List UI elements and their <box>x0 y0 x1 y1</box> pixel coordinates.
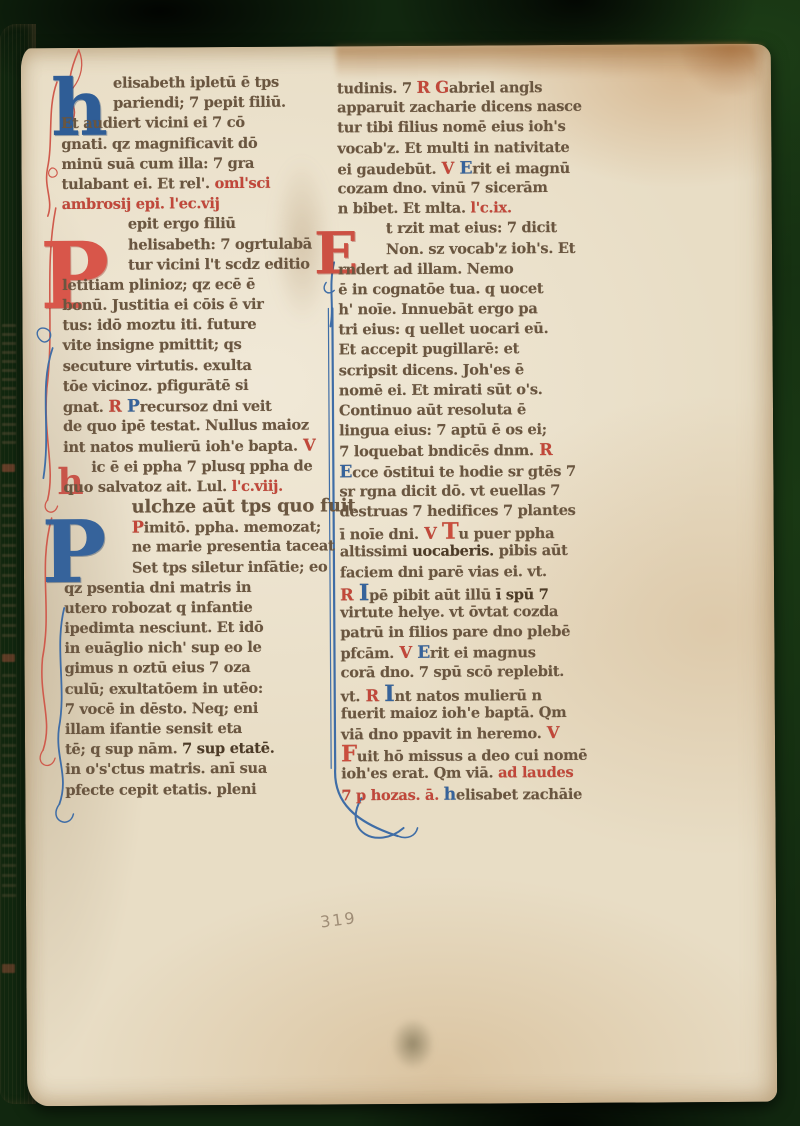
text-segment: abriel angls <box>449 79 542 97</box>
text-line: epit ergo filiū <box>62 214 342 236</box>
text-segment: faciem dni parē vias ei. vt. <box>340 563 547 581</box>
text-segment: V <box>298 436 316 455</box>
text-line: gimus n oztū eius 7 oza <box>65 658 345 680</box>
text-segment: tulabant ei. Et rel'. <box>62 175 210 193</box>
text-segment: elisabeth ipletū ē tps <box>113 74 279 92</box>
text-line: bonū. Justitia ei cōis ē vir <box>62 294 342 316</box>
text-segment: cce ōstitui te hodie sr gtēs 7 <box>352 462 576 480</box>
text-segment: culū; exultatōem in utēo: <box>65 679 263 697</box>
text-segment: E <box>417 643 430 663</box>
text-segment: Non. sz vocab'z ioh's. Et <box>386 239 575 257</box>
text-line: tri eius: q uellet uocari eū. <box>338 319 624 341</box>
text-line: altissimi uocaberis. pibis aūt <box>340 541 626 563</box>
text-line: fuerit maioz ioh'e baptā. Qm <box>341 702 627 724</box>
facing-page-text-fragment <box>2 674 16 904</box>
text-segment: epit ergo filiū <box>128 215 236 233</box>
text-segment: elisabet zachāie <box>456 785 582 803</box>
text-line: viā dno ppavit in heremo. V <box>341 723 627 745</box>
text-segment: l'c.viij. <box>227 477 283 494</box>
text-segment: R <box>360 686 384 705</box>
bottom-stain <box>391 1018 435 1070</box>
text-segment: u puer ppha <box>458 525 554 543</box>
text-segment: ne marie presentia taceat <box>132 538 335 556</box>
text-segment: rit ei magnus <box>430 644 536 662</box>
text-line: ic ē ei ppha 7 plusq ppha de <box>63 456 343 478</box>
text-line: faciem dni parē vias ei. vt. <box>340 561 626 583</box>
text-line: Ecce ōstitui te hodie sr gtēs 7 <box>339 460 625 482</box>
text-segment: corā dno. 7 spū scō replebit. <box>341 663 565 681</box>
text-line: Set tps siletur infātie; eo <box>64 557 344 579</box>
text-segment: pibis aūt <box>494 542 568 559</box>
text-segment: 7 p hozas. ā. <box>341 786 444 804</box>
text-segment: Set tps siletur infātie; eo <box>132 558 328 576</box>
text-segment: R <box>340 585 359 604</box>
text-segment: ic ē ei ppha 7 plusq ppha de <box>91 457 312 475</box>
text-line: pfcām. V Erit ei magnus <box>340 642 626 664</box>
text-segment: R <box>534 440 553 459</box>
text-segment: pfcām. <box>340 645 394 662</box>
text-line: tē; q sup nām. 7 sup etatē. <box>65 739 345 761</box>
text-segment: uocaberis. <box>412 543 494 560</box>
text-segment: helisabeth: 7 ogrtulabā <box>128 235 312 253</box>
text-segment: l'c.ix. <box>466 199 512 216</box>
text-line: gnat. R Precursoz dni veit <box>63 395 343 417</box>
text-line: qz psentia dni matris in <box>64 577 344 599</box>
text-line: 7 vocē in dēsto. Neq; eni <box>65 698 345 720</box>
text-segment: P <box>132 518 144 537</box>
text-line: Continuo aūt resoluta ē <box>339 400 625 422</box>
text-line: lingua eius: 7 aptū ē os ei; <box>339 420 625 442</box>
text-line: tulabant ei. Et rel'. oml'sci <box>62 173 342 195</box>
folio-number: 319 <box>319 908 358 932</box>
text-column-left: elisabeth ipletū ē tpspariendi; 7 pepit … <box>61 72 345 800</box>
text-segment: 7 vocē in dēsto. Neq; eni <box>65 700 258 718</box>
text-segment: utero robozat q infantie <box>64 599 252 617</box>
text-segment: tus: idō moztu iti. future <box>62 316 256 334</box>
text-line: minū suā cum illa: 7 gra <box>61 153 341 175</box>
text-segment: ambrosij epi. l'ec.vij <box>62 195 220 213</box>
text-line: 7 p hozas. ā. helisabet zachāie <box>341 783 627 805</box>
text-segment: sr rgna dicit dō. vt euellas 7 <box>339 482 560 500</box>
text-line: pfecte cepit etatis. pleni <box>65 779 345 801</box>
text-segment: V <box>436 158 459 177</box>
text-segment: 7 sup etatē. <box>182 740 274 758</box>
text-segment: recursoz dni veit <box>140 398 272 416</box>
text-line: pariendi; 7 pepit filiū. <box>61 93 341 115</box>
text-line: Fuit hō missus a deo cui nomē <box>341 743 627 765</box>
text-segment: nt natos mulierū n <box>394 687 541 705</box>
text-line: ei gaudebūt. V Erit ei magnū <box>337 157 623 179</box>
text-line: ipedimta nesciunt. Et idō <box>64 617 344 639</box>
text-line: ī noīe dni. V Tu puer ppha <box>340 521 626 543</box>
text-segment: gnat. <box>63 399 108 416</box>
text-segment: V <box>541 723 559 742</box>
text-segment: ei gaudebūt. <box>337 161 436 179</box>
text-line: cozam dno. vinū 7 sicerām <box>338 178 624 200</box>
facing-page-text-fragment <box>2 324 16 444</box>
text-segment: int natos mulierū ioh'e bapta. <box>63 438 298 456</box>
top-edge-stain <box>336 44 756 81</box>
text-segment: V <box>419 524 442 543</box>
text-segment: ioh'es erat. Qm viā. <box>341 765 493 783</box>
text-segment: gnati. qz magnificavit dō <box>61 134 257 152</box>
text-segment: fuerit maioz ioh'e baptā. Qm <box>341 704 567 722</box>
text-line: virtute helye. vt ōvtat cozda <box>340 601 626 623</box>
text-segment: ē in cognatōe tua. q uocet <box>338 280 543 298</box>
text-segment: 7 loquebat bndicēs dnm. <box>339 443 534 461</box>
text-segment: virtute helye. vt ōvtat cozda <box>340 603 558 621</box>
text-segment: minū suā cum illa: 7 gra <box>61 155 254 173</box>
text-segment: ulchze aūt tps quo fuit <box>132 495 356 517</box>
text-line: n bibet. Et mlta. l'c.ix. <box>338 198 624 220</box>
text-segment: nomē ei. Et mirati sūt o's. <box>339 381 543 399</box>
text-segment: in euāglio nich' sup eo le <box>64 639 261 657</box>
text-line: ē in cognatōe tua. q uocet <box>338 278 624 300</box>
text-segment: destruas 7 hedifices 7 plantes <box>340 502 576 520</box>
text-segment: tudinis. 7 <box>337 80 417 97</box>
text-segment: Et audiert vicini ei 7 cō <box>61 114 245 132</box>
text-segment: pē pibit aūt illū <box>369 586 496 604</box>
text-segment: scripsit dicens. Joh'es ē <box>339 361 524 379</box>
text-line: rndert ad illam. Nemo <box>338 258 624 280</box>
text-segment: T <box>442 519 459 545</box>
facing-page-rubric-fragment <box>2 964 15 973</box>
text-line: t rzit mat eius: 7 dicit <box>338 218 624 240</box>
text-segment: t rzit mat eius: 7 dicit <box>386 219 557 237</box>
text-segment: vocab'z. Et multi in nativitate <box>337 139 569 157</box>
text-segment: imitō. ppha. memozat; <box>144 519 321 537</box>
text-segment: pariendi; 7 pepit filiū. <box>113 94 286 112</box>
text-line: in euāglio nich' sup eo le <box>64 638 344 660</box>
text-line: Pimitō. ppha. memozat; <box>64 516 344 538</box>
text-line: R Ipē pibit aūt illū ī spū 7 <box>340 581 626 603</box>
text-segment: letitiam plinioz; qz ecē ē <box>62 276 255 294</box>
text-segment: in o's'ctus matris. anī sua <box>65 760 267 778</box>
top-corner-stain <box>681 44 764 97</box>
text-segment: pfecte cepit etatis. pleni <box>65 780 256 798</box>
text-segment: vt. <box>341 688 361 705</box>
text-segment: Et accepit pugillarē: et <box>339 341 520 359</box>
photo-background: h P h P E elisabeth ipletū ē tpspariendi… <box>0 0 800 1126</box>
text-segment: R <box>108 397 127 416</box>
text-line: scripsit dicens. Joh'es ē <box>339 359 625 381</box>
text-line: vite insigne pmittit; qs <box>63 335 343 357</box>
text-line: tōe vicinoz. pfigurātē si <box>63 375 343 397</box>
text-segment: h <box>444 784 456 804</box>
text-line: ambrosij epi. l'ec.vij <box>62 193 342 215</box>
text-segment: R G <box>417 78 449 97</box>
text-line: vt. R Int natos mulierū n <box>341 682 627 704</box>
text-segment: ī spū 7 <box>496 586 549 603</box>
text-line: int natos mulierū ioh'e bapta. V <box>63 436 343 458</box>
text-segment: de quo ipē testat. Nullus maioz <box>63 417 309 436</box>
text-segment: viā dno ppavit in heremo. <box>341 725 542 743</box>
text-line: ulchze aūt tps quo fuit <box>64 496 344 518</box>
text-segment: E <box>339 462 352 482</box>
manuscript-page: h P h P E elisabeth ipletū ē tpspariendi… <box>21 44 777 1107</box>
text-line: secuture virtutis. exulta <box>63 355 343 377</box>
text-segment: I <box>384 681 394 707</box>
text-line: tur vicini l't scdz editio <box>62 254 342 276</box>
text-line: vocab'z. Et multi in nativitate <box>337 137 623 159</box>
text-segment: tri eius: q uellet uocari eū. <box>338 320 548 338</box>
text-segment: illam ifantie sensit eta <box>65 720 242 738</box>
text-segment: vite insigne pmittit; qs <box>63 336 242 354</box>
facing-page-rubric-fragment <box>2 654 15 662</box>
text-segment: ad laudes <box>493 764 573 781</box>
text-line: patrū in filios pare dno plebē <box>340 622 626 644</box>
text-line: in o's'ctus matris. anī sua <box>65 759 345 781</box>
text-column-right: tudinis. 7 R Gabriel anglsapparuit zacha… <box>337 77 627 805</box>
text-line: letitiam plinioz; qz ecē ē <box>62 274 342 296</box>
text-line: ioh'es erat. Qm viā. ad laudes <box>341 763 627 785</box>
text-line: tudinis. 7 R Gabriel angls <box>337 77 623 99</box>
text-line: gnati. qz magnificavit dō <box>61 133 341 155</box>
text-line: tus: idō moztu iti. future <box>62 315 342 337</box>
text-segment: qz psentia dni matris in <box>64 579 251 597</box>
text-line: tur tibi filius nomē eius ioh's <box>337 117 623 139</box>
text-segment: tur tibi filius nomē eius ioh's <box>337 118 565 136</box>
text-line: ne marie presentia taceat <box>64 537 344 559</box>
text-segment: rndert ad illam. Nemo <box>338 260 513 278</box>
text-segment: tōe vicinoz. pfigurātē si <box>63 377 249 395</box>
text-segment: E <box>459 158 472 178</box>
text-segment: gimus n oztū eius 7 oza <box>65 659 251 677</box>
text-line: Et audiert vicini ei 7 cō <box>61 113 341 135</box>
text-segment: V <box>394 643 417 662</box>
text-line: apparuit zacharie dicens nasce <box>337 97 623 119</box>
text-segment: altissimi <box>340 543 412 560</box>
facing-page-text-fragment <box>2 484 16 644</box>
text-segment: I <box>359 580 369 606</box>
text-segment: secuture virtutis. exulta <box>63 357 252 375</box>
text-line: Non. sz vocab'z ioh's. Et <box>338 238 624 260</box>
text-segment: patrū in filios pare dno plebē <box>340 623 570 641</box>
text-segment: ipedimta nesciunt. Et idō <box>64 619 263 637</box>
text-segment: lingua eius: 7 aptū ē os ei; <box>339 421 547 439</box>
text-line: destruas 7 hedifices 7 plantes <box>340 501 626 523</box>
text-line: nomē ei. Et mirati sūt o's. <box>339 379 625 401</box>
text-segment: Continuo aūt resoluta ē <box>339 401 526 419</box>
text-segment: ī noīe dni. <box>340 526 419 543</box>
text-line: culū; exultatōem in utēo: <box>65 678 345 700</box>
text-line: elisabeth ipletū ē tps <box>61 72 341 94</box>
text-line: 7 loquebat bndicēs dnm. R <box>339 440 625 462</box>
text-segment: tē; q sup nām. <box>65 741 182 759</box>
text-segment: cozam dno. vinū 7 sicerām <box>338 179 548 197</box>
text-line: illam ifantie sensit eta <box>65 718 345 740</box>
text-segment: bonū. Justitia ei cōis ē vir <box>62 296 263 314</box>
text-segment: tur vicini l't scdz editio <box>128 255 310 273</box>
text-segment: h' noīe. Innuebāt ergo pa <box>338 300 537 318</box>
text-segment: F <box>341 741 357 767</box>
text-line: h' noīe. Innuebāt ergo pa <box>338 299 624 321</box>
text-line: de quo ipē testat. Nullus maioz <box>63 416 343 438</box>
text-segment: n bibet. Et mlta. <box>338 200 466 218</box>
text-line: sr rgna dicit dō. vt euellas 7 <box>339 480 625 502</box>
text-segment: P <box>127 397 140 417</box>
text-segment: rit ei magnū <box>472 160 570 178</box>
text-segment: apparuit zacharie dicens nasce <box>337 98 582 116</box>
text-line: Et accepit pugillarē: et <box>339 339 625 361</box>
text-line: helisabeth: 7 ogrtulabā <box>62 234 342 256</box>
facing-page-rubric-fragment <box>2 464 15 472</box>
text-line: utero robozat q infantie <box>64 597 344 619</box>
text-segment: quo salvatoz ait. Lul. <box>63 478 227 496</box>
text-segment: oml'sci <box>210 175 271 192</box>
